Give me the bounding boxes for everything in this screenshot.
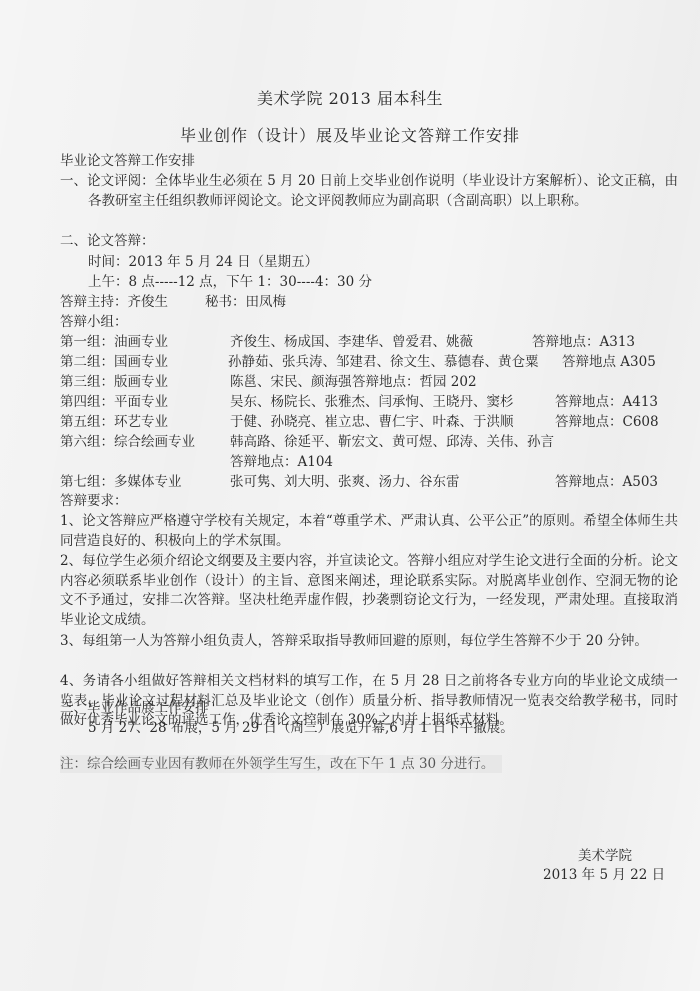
group-label: 第一组：油画专业 xyxy=(60,333,168,351)
exhibition-schedule: 5 月 27、28 布展，5 月 29 日（周三）展览开幕,6 月 1 日下午撤… xyxy=(88,719,514,737)
signature-date: 2013 年 5 月 22 日 xyxy=(543,866,665,884)
group-members: 孙静茹、张兵涛、邹建君、徐文生、慕德春、黄仓粟 xyxy=(228,353,539,371)
group-label: 第五组：环艺专业 xyxy=(60,413,168,431)
section-heading: 毕业论文答辩工作安排 xyxy=(60,152,195,170)
group-members: 张可隽、刘大明、张爽、汤力、谷东雷 xyxy=(230,473,460,491)
group-members: 齐俊生、杨成国、李建华、曾爱君、姚薇 xyxy=(230,333,473,351)
group-label: 第七组：多媒体专业 xyxy=(60,473,182,491)
group-label: 第三组：版画专业 xyxy=(60,373,168,391)
defense-secretary: 秘书：田凤梅 xyxy=(205,293,286,311)
defense-date: 时间：2013 年 5 月 24 日（星期五） xyxy=(88,253,318,271)
requirements-heading: 答辩要求： xyxy=(60,492,128,510)
signature-org: 美术学院 xyxy=(578,847,632,865)
group-label: 第六组：综合绘画专业 xyxy=(60,433,195,451)
group-members: 于健、孙晓亮、崔立忠、曹仁宇、叶森、于洪顺 xyxy=(230,413,514,431)
group-venue: 答辩地点：A413 xyxy=(555,393,658,411)
group-members: 吴东、杨院长、张雅杰、闫承恂、王晓丹、窦杉 xyxy=(230,393,514,411)
defense-hours: 上午：8 点-----12 点，下午 1：30----4：30 分 xyxy=(88,273,372,291)
group-members: 陈邕、宋民、颜海强 xyxy=(230,373,352,391)
document-title-line2: 毕业创作（设计）展及毕业论文答辩工作安排 xyxy=(0,123,700,146)
group-label: 第四组：平面专业 xyxy=(60,393,168,411)
note-text: 注：综合绘画专业因有教师在外领学生写生，改在下午 1 点 30 分进行。 xyxy=(60,755,502,773)
group-label: 第二组：国画专业 xyxy=(60,353,168,371)
requirement-2-text: 2、每位学生必须介绍论文纲要及主要内容，并宣读论文。答辩小组应对学生论文进行全面… xyxy=(60,553,678,628)
document-title-line1: 美术学院 2013 届本科生 xyxy=(0,86,700,109)
requirement-3: 3、每组第一人为答辩小组负责人，答辩采取指导教师回避的原则，每位学生答辩不少于 … xyxy=(60,632,678,652)
group-venue: 答辩地点：哲园 202 xyxy=(352,373,477,391)
part1-review-paragraph: 一、论文评阅：全体毕业生必须在 5 月 20 日前上交毕业创作说明（毕业设计方案… xyxy=(60,172,678,211)
requirement-1: 1、论文答辩应严格遵守学校有关规定，本着“尊重学术、严肃认真、公平公正”的原则。… xyxy=(60,512,678,551)
group-venue: 答辩地点：A313 xyxy=(532,333,635,351)
part2-heading: 二、论文答辩： xyxy=(60,232,155,250)
defense-host: 答辩主持：齐俊生 xyxy=(60,293,168,311)
group-venue: 答辩地点：A503 xyxy=(555,473,658,491)
part3-heading: 三、毕业作品展工作安排 xyxy=(60,699,209,717)
group-venue: 答辩地点 A305 xyxy=(562,353,656,371)
group-venue: 答辩地点：C608 xyxy=(555,413,659,431)
group-members: 韩高路、徐延平、靳宏文、黄可煜、邱涛、关伟、孙言 xyxy=(230,433,554,451)
document-page: 美术学院 2013 届本科生 毕业创作（设计）展及毕业论文答辩工作安排 毕业论文… xyxy=(0,0,700,991)
requirement-2: 2、每位学生必须介绍论文纲要及主要内容，并宣读论文。答辩小组应对学生论文进行全面… xyxy=(60,552,678,630)
group-venue: 答辩地点：A104 xyxy=(230,453,333,471)
groups-heading: 答辩小组： xyxy=(60,313,128,331)
